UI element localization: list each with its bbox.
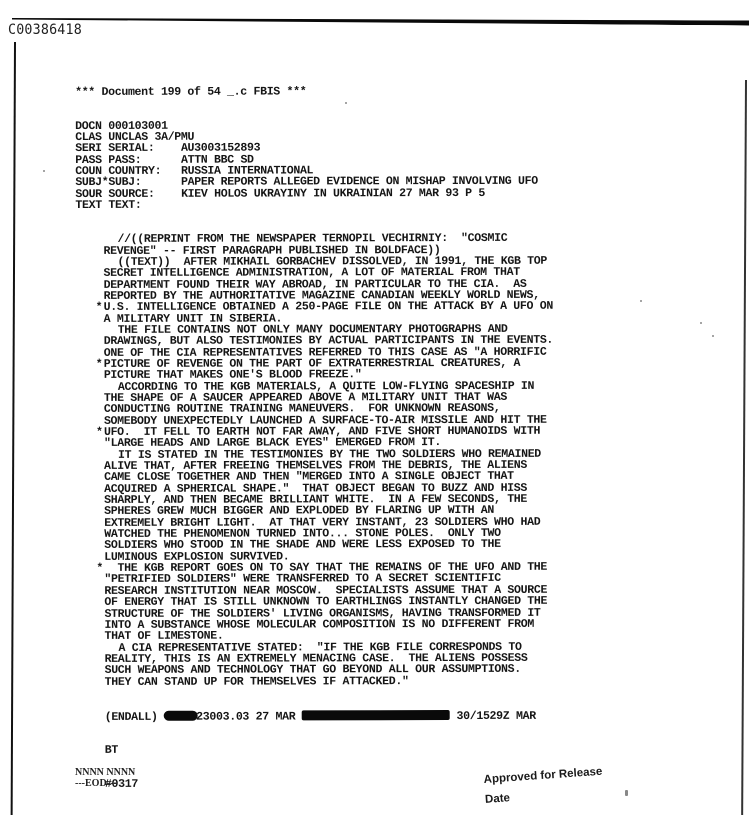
fbis-document-body: *** Document 199 of 54 _.c FBIS *** DOCN… bbox=[75, 63, 554, 802]
text-line-content: THEY CAN STAND UP FOR THEMSELVES IF ATTA… bbox=[105, 675, 409, 689]
endall-middle: 23003.03 27 MAR bbox=[196, 710, 302, 723]
margin-asterisk-mark: * bbox=[96, 427, 104, 438]
scan-speck bbox=[700, 322, 702, 324]
scan-speck bbox=[640, 300, 642, 302]
margin-asterisk-mark: * bbox=[96, 563, 104, 574]
nnnn-line: NNNN NNNN bbox=[75, 767, 135, 778]
right-margin-rule bbox=[741, 80, 746, 815]
document-control-number: C00386418 bbox=[8, 22, 82, 38]
endall-prefix: (ENDALL) bbox=[105, 710, 165, 723]
header-field-text: TEXT TEXT: bbox=[75, 199, 552, 212]
top-border-rule bbox=[12, 16, 749, 26]
margin-asterisk-mark: * bbox=[96, 302, 104, 313]
message-number: #0317 bbox=[77, 777, 554, 790]
header-fields: DOCN 000103001CLAS UNCLAS 3A/PMUSERI SER… bbox=[75, 119, 553, 211]
left-margin-rule bbox=[11, 42, 16, 815]
endall-line: (ENDALL) 23003.03 27 MAR 30/1529Z MAR bbox=[77, 709, 554, 722]
scan-speck bbox=[43, 170, 45, 172]
document-banner: *** Document 199 of 54 _.c FBIS *** bbox=[75, 85, 552, 98]
bt-line: BT bbox=[77, 743, 554, 756]
text-line: THEY CAN STAND UP FOR THEMSELVES IF ATTA… bbox=[77, 675, 554, 688]
article-text: //((REPRINT FROM THE NEWSPAPER TERNOPIL … bbox=[75, 233, 553, 688]
end-of-document-marker: NNNN NNNN---EOD--- bbox=[75, 767, 135, 790]
margin-asterisk-mark: * bbox=[96, 359, 104, 370]
scan-speck bbox=[625, 790, 628, 796]
redaction-block bbox=[164, 710, 198, 720]
redaction-block bbox=[302, 710, 450, 720]
eod-line: ---EOD--- bbox=[75, 778, 135, 789]
scan-speck bbox=[712, 335, 714, 337]
scan-speck bbox=[345, 102, 347, 104]
endall-suffix: 30/1529Z MAR bbox=[450, 709, 536, 722]
release-approval-stamp: Approved for ReleaseDate bbox=[483, 762, 604, 810]
